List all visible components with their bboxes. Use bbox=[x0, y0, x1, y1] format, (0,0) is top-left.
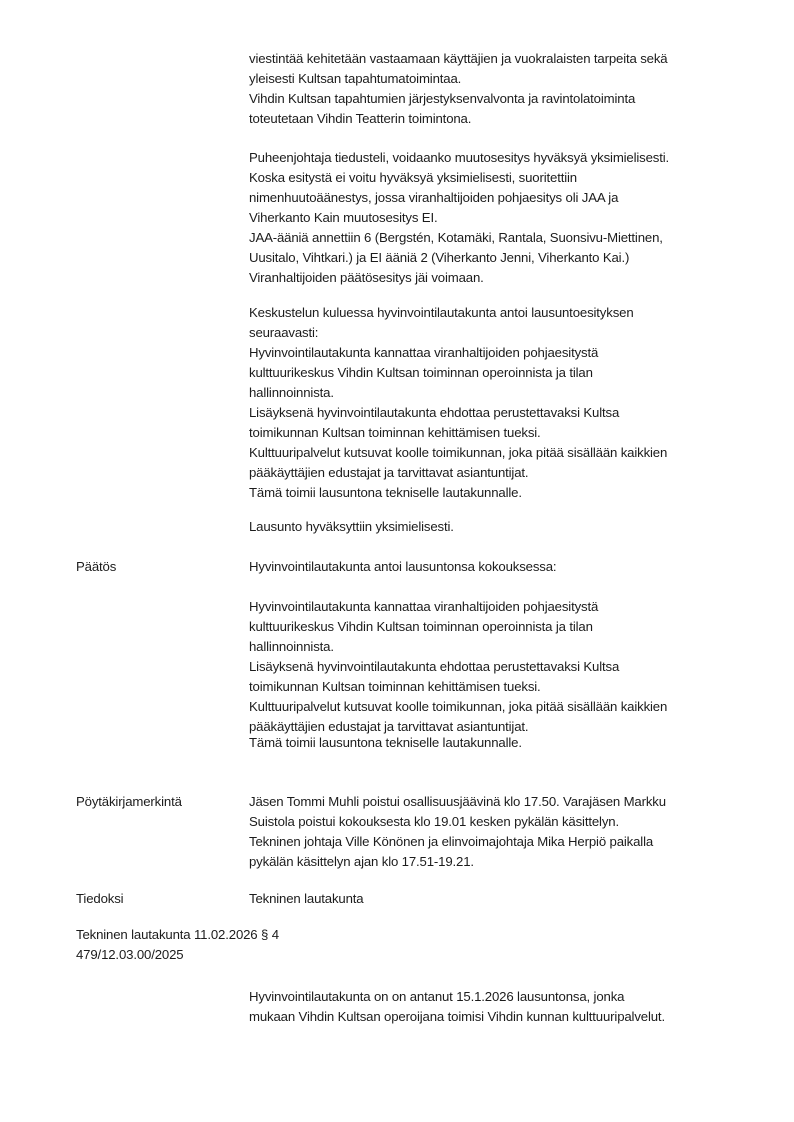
section-heading: Tekninen lautakunta 11.02.2026 § 4 bbox=[76, 925, 279, 945]
section-label-for-info: Tiedoksi bbox=[76, 889, 123, 909]
paragraph-line: Tämä toimii lausuntona tekniselle lautak… bbox=[249, 483, 522, 503]
paragraph-line: hallinnoinnista. bbox=[249, 637, 334, 657]
section-label-minutes-note: Pöytäkirjamerkintä bbox=[76, 792, 182, 812]
paragraph-line: JAA-ääniä annettiin 6 (Bergstén, Kotamäk… bbox=[249, 228, 663, 248]
paragraph-line: Lisäyksenä hyvinvointilautakunta ehdotta… bbox=[249, 403, 619, 423]
paragraph-line: viestintää kehitetään vastaamaan käyttäj… bbox=[249, 49, 667, 69]
paragraph-line: Tekninen johtaja Ville Könönen ja elinvo… bbox=[249, 832, 653, 852]
paragraph-line: Kulttuuripalvelut kutsuvat koolle toimik… bbox=[249, 443, 667, 463]
paragraph-line: Kulttuuripalvelut kutsuvat koolle toimik… bbox=[249, 697, 667, 717]
paragraph-line: Koska esitystä ei voitu hyväksyä yksimie… bbox=[249, 168, 577, 188]
paragraph-line: Hyvinvointilautakunta kannattaa viranhal… bbox=[249, 343, 598, 363]
for-info-value: Tekninen lautakunta bbox=[249, 889, 363, 909]
section-label-decision: Päätös bbox=[76, 557, 116, 577]
paragraph-line: Uusitalo, Vihtkari.) ja EI ääniä 2 (Vihe… bbox=[249, 248, 629, 268]
paragraph-line: Hyvinvointilautakunta kannattaa viranhal… bbox=[249, 597, 598, 617]
paragraph-line: toteutetaan Vihdin Teatterin toimintona. bbox=[249, 109, 471, 129]
approval-line: Lausunto hyväksyttiin yksimielisesti. bbox=[249, 517, 454, 537]
paragraph-line: Viranhaltijoiden päätösesitys jäi voimaa… bbox=[249, 268, 484, 288]
paragraph-line: toimikunnan Kultsan toiminnan kehittämis… bbox=[249, 423, 541, 443]
paragraph-line: hallinnoinnista. bbox=[249, 383, 334, 403]
paragraph-line: kulttuurikeskus Vihdin Kultsan toiminnan… bbox=[249, 363, 593, 383]
paragraph-line: Suistola poistui kokouksesta klo 19.01 k… bbox=[249, 812, 619, 832]
paragraph-line: pääkäyttäjien edustajat ja tarvittavat a… bbox=[249, 463, 528, 483]
paragraph-line: Tämä toimii lausuntona tekniselle lautak… bbox=[249, 733, 522, 753]
document-page: viestintää kehitetään vastaamaan käyttäj… bbox=[0, 0, 794, 1122]
paragraph-line: mukaan Vihdin Kultsan operoijana toimisi… bbox=[249, 1007, 665, 1027]
paragraph-line: yleisesti Kultsan tapahtumatoimintaa. bbox=[249, 69, 461, 89]
paragraph-line: seuraavasti: bbox=[249, 323, 318, 343]
paragraph-line: nimenhuutoäänestys, jossa viranhaltijoid… bbox=[249, 188, 618, 208]
paragraph-line: Vihdin Kultsan tapahtumien järjestyksenv… bbox=[249, 89, 635, 109]
decision-intro: Hyvinvointilautakunta antoi lausuntonsa … bbox=[249, 557, 556, 577]
paragraph-line: toimikunnan Kultsan toiminnan kehittämis… bbox=[249, 677, 541, 697]
paragraph-line: Lisäyksenä hyvinvointilautakunta ehdotta… bbox=[249, 657, 619, 677]
paragraph-line: Jäsen Tommi Muhli poistui osallisuusjääv… bbox=[249, 792, 666, 812]
paragraph-line: Viherkanto Kain muutosesitys EI. bbox=[249, 208, 437, 228]
record-id: 479/12.03.00/2025 bbox=[76, 945, 183, 965]
paragraph-line: pykälän käsittelyn ajan klo 17.51-19.21. bbox=[249, 852, 474, 872]
paragraph-line: Hyvinvointilautakunta on on antanut 15.1… bbox=[249, 987, 624, 1007]
paragraph-line: kulttuurikeskus Vihdin Kultsan toiminnan… bbox=[249, 617, 593, 637]
paragraph-line: Puheenjohtaja tiedusteli, voidaanko muut… bbox=[249, 148, 669, 168]
paragraph-line: Keskustelun kuluessa hyvinvointilautakun… bbox=[249, 303, 634, 323]
